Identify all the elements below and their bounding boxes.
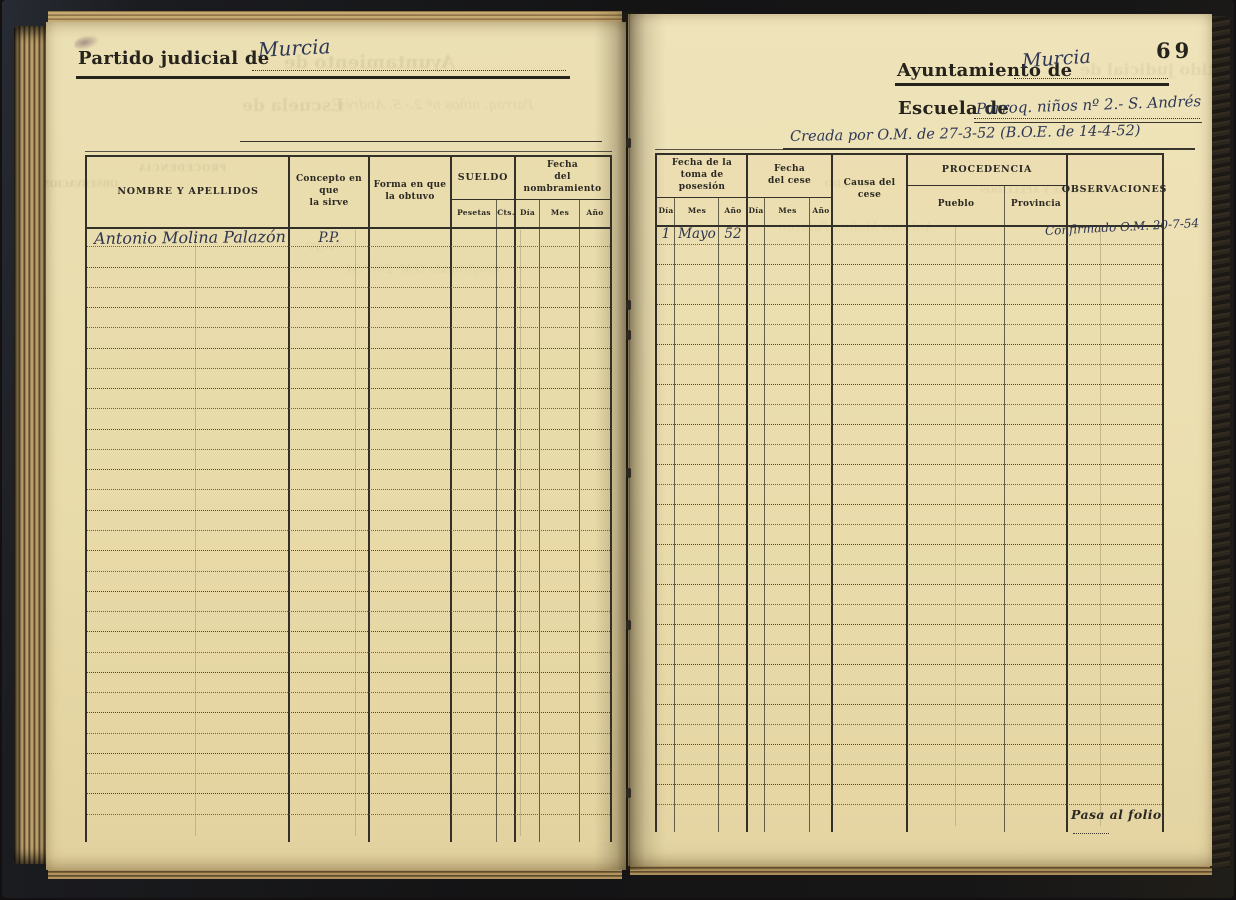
left-table-body: [87, 227, 610, 834]
blank-field-line: [240, 141, 602, 142]
procedencia-subrule: [907, 185, 1067, 186]
ayuntamiento-value: Murcia: [1021, 46, 1091, 73]
ruled-row: [657, 605, 1162, 625]
ruled-row: [87, 754, 610, 774]
col-header-causa-cese: Causa del cese: [832, 155, 907, 225]
ruled-row: [87, 490, 610, 510]
page-edges-left: [14, 26, 48, 864]
ruled-row: [87, 592, 610, 612]
ruled-row: [87, 734, 610, 754]
ruled-row: [657, 425, 1162, 445]
right-table-body: [657, 225, 1162, 824]
ruled-row: [657, 345, 1162, 365]
ruled-row: [657, 525, 1162, 545]
ruled-row: [87, 328, 610, 348]
creada-note: Creada por O.M. de 27-3-52 (B.O.E. de 14…: [790, 123, 1141, 145]
ruled-row: [657, 465, 1162, 485]
cese-subrule: [747, 197, 832, 198]
col-header-toma-ano: Año: [719, 197, 747, 225]
escuela-fill-line: [974, 118, 1200, 119]
ruled-row: [87, 632, 610, 652]
stitch-mark: [626, 468, 631, 478]
ruled-row: [657, 785, 1162, 805]
left-page: Ayuntamiento de Escuela de Parroq. niños…: [46, 22, 626, 870]
ruled-row: [657, 565, 1162, 585]
ledger-book-scan: Ayuntamiento de Escuela de Parroq. niños…: [0, 0, 1236, 900]
ruled-row: [657, 705, 1162, 725]
ruled-row: [87, 693, 610, 713]
ruled-row: [87, 247, 610, 267]
partido-judicial-label: Partido judicial de: [78, 48, 270, 69]
ruled-row: [657, 305, 1162, 325]
col-header-fecha-nombramiento: Fecha del nombramiento: [515, 157, 610, 199]
col-header-sueldo: SUELDO: [451, 157, 515, 199]
ruled-row: [87, 713, 610, 733]
partido-underline: [76, 76, 570, 79]
escuela-value: Parroq. niños nº 2.- S. Andrés: [976, 92, 1202, 118]
ruled-row: [657, 485, 1162, 505]
col-header-cese-dia: Día: [747, 197, 765, 225]
sueldo-subrule: [451, 199, 515, 200]
col-header-dia: Día: [515, 199, 540, 227]
col-header-forma: Forma en que la obtuvo: [369, 157, 451, 227]
toma-subrule: [657, 197, 747, 198]
ruled-row: [657, 665, 1162, 685]
partido-fill-line: [252, 70, 566, 71]
ruled-row: [657, 745, 1162, 765]
ruled-row: [87, 511, 610, 531]
page-number: 69: [1156, 38, 1193, 63]
ruled-row: [87, 673, 610, 693]
ruled-row: [657, 765, 1162, 785]
col-header-toma-dia: Día: [657, 197, 675, 225]
ruled-row: [657, 405, 1162, 425]
ruled-row: [657, 285, 1162, 305]
ruled-row: [657, 725, 1162, 745]
col-header-observaciones: OBSERVACIONES: [1067, 155, 1162, 225]
entry-toma-ano: 52: [719, 226, 747, 242]
book-cover-right-edge: [1210, 16, 1230, 868]
ruled-row: [657, 245, 1162, 265]
ruled-row: [657, 505, 1162, 525]
col-header-pesetas: Pesetas: [451, 199, 497, 227]
ruled-row: [657, 625, 1162, 645]
ruled-row: [87, 794, 610, 814]
ruled-row: [87, 409, 610, 429]
entry-toma-mes: Mayo: [673, 226, 721, 242]
ghost-escuela-value: Parroq. niños nº 2.- S. Andrés: [338, 98, 533, 113]
stitch-mark: [626, 330, 631, 340]
col-header-pueblo: Pueblo: [907, 185, 1005, 225]
ruled-row: [87, 612, 610, 632]
registry-table-left: NOMBRE Y APELLIDOS Concepto en que la si…: [85, 155, 612, 842]
ruled-row: [657, 365, 1162, 385]
ayuntamiento-fill-line: [1014, 78, 1168, 79]
registry-table-right: Fecha de la toma de posesión Fecha del c…: [655, 153, 1164, 832]
col-header-procedencia: PROCEDENCIA: [907, 155, 1067, 185]
stitch-mark: [626, 788, 631, 798]
right-page: 69 Partido judicial de SUELDO NOMBRE Y A…: [628, 14, 1212, 866]
col-header-cts: Cts.: [497, 199, 515, 227]
ruled-row: [87, 653, 610, 673]
pasa-al-folio-label: Pasa al folio: [1071, 807, 1162, 837]
col-header-toma-posesion: Fecha de la toma de posesión: [657, 155, 747, 197]
stitch-mark: [626, 620, 631, 630]
partido-judicial-value: Murcia: [257, 34, 331, 62]
ruled-row: [87, 288, 610, 308]
ruled-row: [87, 815, 610, 834]
ruled-row: [87, 389, 610, 409]
col-header-ano: Año: [580, 199, 610, 227]
stitch-mark: [626, 300, 631, 310]
ruled-row: [87, 531, 610, 551]
ruled-row: [657, 685, 1162, 705]
ruled-row: [87, 268, 610, 288]
col-header-cese-ano: Año: [810, 197, 832, 225]
ruled-row: [87, 369, 610, 389]
col-header-nombre: NOMBRE Y APELLIDOS: [87, 157, 289, 227]
ruled-row: [87, 308, 610, 328]
pasa-al-folio-fill-line: [1073, 823, 1109, 834]
col-header-provincia: Provincia: [1005, 185, 1067, 225]
ruled-row: [87, 450, 610, 470]
ruled-row: [87, 774, 610, 794]
ruled-row: [87, 349, 610, 369]
ruled-row: [657, 385, 1162, 405]
ruled-row: [87, 572, 610, 592]
ruled-row: [657, 645, 1162, 665]
pasa-al-folio-text: Pasa al folio: [1071, 807, 1162, 822]
entry-nombre: Antonio Molina Palazón: [94, 227, 286, 248]
col-header-toma-mes: Mes: [675, 197, 719, 225]
ruled-row: [657, 545, 1162, 565]
col-header-fecha-cese: Fecha del cese: [747, 155, 832, 197]
ruled-row: [657, 325, 1162, 345]
ruled-row: [657, 265, 1162, 285]
ruled-row: [657, 585, 1162, 605]
ghost-escuela: Escuela de: [242, 96, 344, 116]
fecha-subrule: [515, 199, 610, 200]
col-header-concepto: Concepto en que la sirve: [289, 157, 369, 227]
ayuntamiento-underline: [895, 83, 1169, 86]
col-header-cese-mes: Mes: [765, 197, 810, 225]
ruled-row: [657, 445, 1162, 465]
ruled-row: [87, 430, 610, 450]
ruled-row: [87, 470, 610, 490]
stitch-mark: [626, 138, 631, 148]
ruled-row: [87, 551, 610, 571]
col-header-mes: Mes: [540, 199, 580, 227]
entry-concepto: P.P.: [289, 230, 369, 246]
